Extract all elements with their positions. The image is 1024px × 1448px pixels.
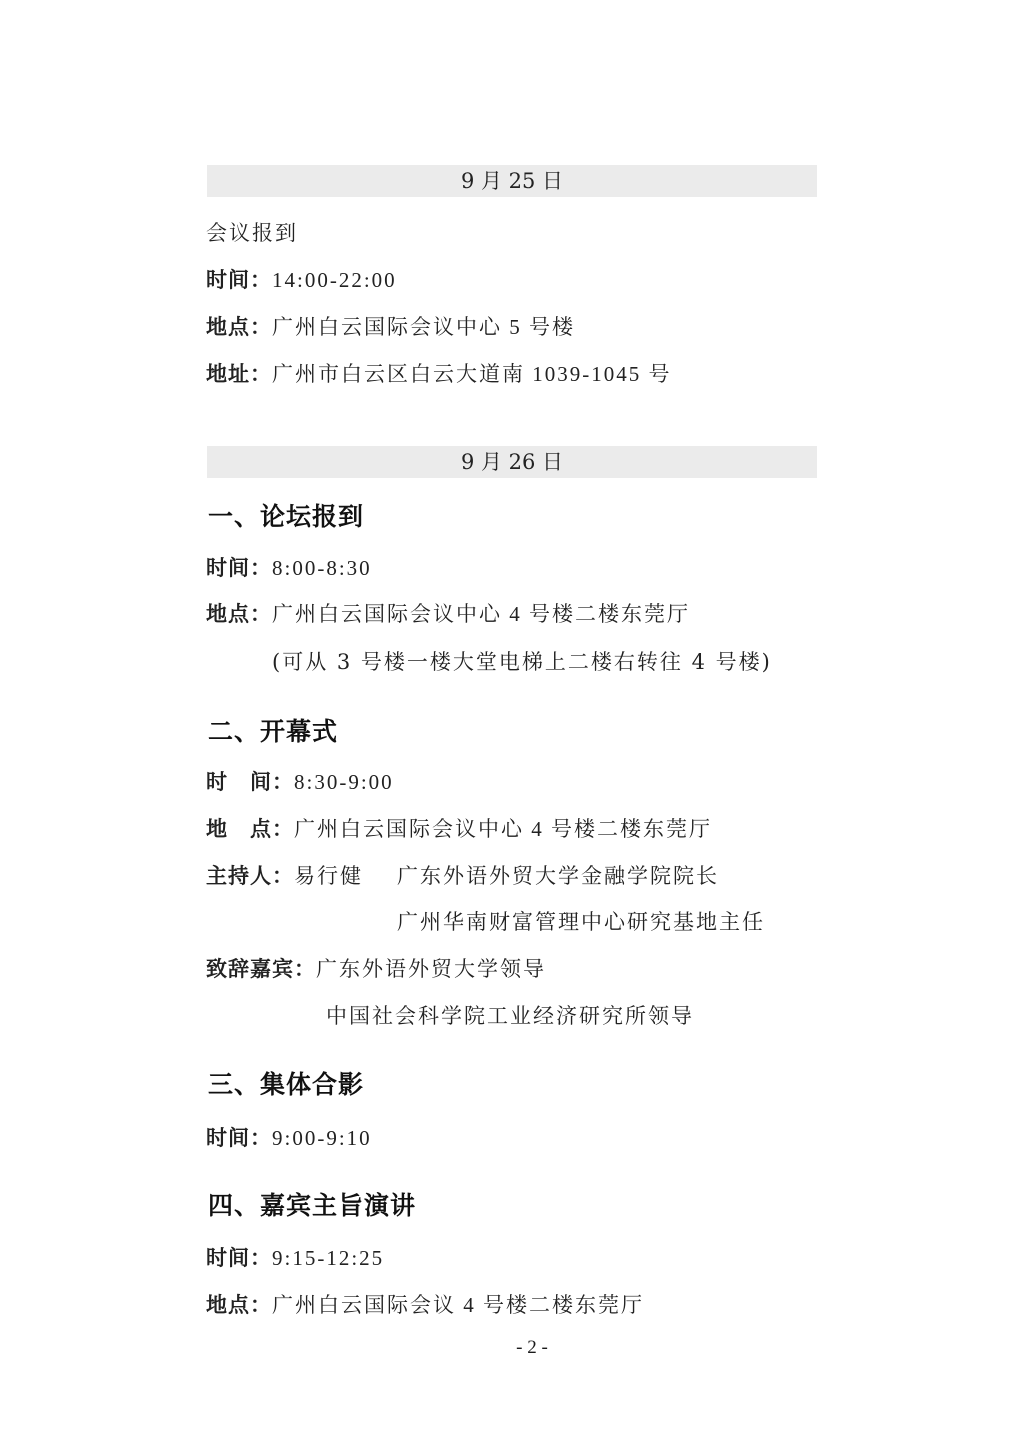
date-bar-sep-25: 9 月 25 日	[207, 165, 817, 197]
time-label: 时间：	[206, 1246, 272, 1270]
place-label: 地点：	[206, 1293, 272, 1317]
s2-speakers-line: 致辞嘉宾：广东外语外贸大学领导	[206, 955, 546, 983]
s2-time-line: 时 间：8:30-9:00	[206, 768, 394, 796]
place-value: 广州白云国际会议中心 5 号楼	[272, 315, 575, 339]
host-title-1: 广东外语外贸大学金融学院院长	[397, 862, 719, 890]
place-label: 地点：	[206, 315, 272, 339]
date-bar-sep-26: 9 月 26 日	[207, 446, 817, 478]
time-value: 8:00-8:30	[272, 556, 372, 580]
time-value: 8:30-9:00	[294, 770, 394, 794]
page-number: - 2 -	[0, 1337, 1024, 1359]
document-page: 9 月 25 日 会议报到 时间：14:00-22:00 地点：广州白云国际会议…	[0, 0, 1024, 1448]
s4-place-line: 地点：广州白云国际会议 4 号楼二楼东莞厅	[206, 1291, 644, 1319]
place-label: 地点：	[206, 602, 272, 626]
s2-host-line: 主持人：易行健	[206, 862, 363, 890]
place-value: 广州白云国际会议 4 号楼二楼东莞厅	[272, 1293, 644, 1317]
place-label: 地 点：	[206, 817, 294, 841]
host-name: 易行健	[294, 864, 363, 888]
section-heading-opening: 二、开幕式	[208, 716, 338, 748]
place-value: 广州白云国际会议中心 4 号楼二楼东莞厅	[294, 817, 712, 841]
address-label: 地址：	[206, 362, 272, 386]
time-label: 时间：	[206, 268, 272, 292]
s2-place-line: 地 点：广州白云国际会议中心 4 号楼二楼东莞厅	[206, 815, 712, 843]
time-value: 9:15-12:25	[272, 1246, 384, 1270]
date-label: 9 月 25 日	[461, 169, 563, 193]
s1-place-line: 地点：广州白云国际会议中心 4 号楼二楼东莞厅	[206, 600, 690, 628]
s4-time-line: 时间：9:15-12:25	[206, 1244, 384, 1272]
time-label: 时间：	[206, 556, 272, 580]
day1-title: 会议报到	[206, 219, 298, 247]
section-heading-registration: 一、论坛报到	[208, 501, 364, 533]
s3-time-line: 时间：9:00-9:10	[206, 1124, 372, 1152]
section-heading-keynotes: 四、嘉宾主旨演讲	[208, 1190, 416, 1222]
day1-address-line: 地址：广州市白云区白云大道南 1039-1045 号	[206, 360, 672, 388]
time-label: 时 间：	[206, 770, 294, 794]
time-value: 9:00-9:10	[272, 1126, 372, 1150]
time-value: 14:00-22:00	[272, 268, 397, 292]
s1-time-line: 时间：8:00-8:30	[206, 554, 372, 582]
date-label: 9 月 26 日	[461, 450, 563, 474]
host-label: 主持人：	[206, 864, 294, 888]
place-value: 广州白云国际会议中心 4 号楼二楼东莞厅	[272, 602, 690, 626]
speaker-2: 中国社会科学院工业经济研究所领导	[326, 1002, 694, 1030]
day1-place-line: 地点：广州白云国际会议中心 5 号楼	[206, 313, 575, 341]
speakers-label: 致辞嘉宾：	[206, 957, 316, 981]
section-heading-group-photo: 三、集体合影	[208, 1069, 364, 1101]
address-value: 广州市白云区白云大道南 1039-1045 号	[272, 362, 672, 386]
day1-time-line: 时间：14:00-22:00	[206, 266, 397, 294]
speaker-1: 广东外语外贸大学领导	[316, 957, 546, 981]
host-title-2: 广州华南财富管理中心研究基地主任	[397, 908, 765, 936]
time-label: 时间：	[206, 1126, 272, 1150]
s1-directions-note: (可从 3 号楼一楼大堂电梯上二楼右转往 4 号楼)	[272, 648, 772, 676]
